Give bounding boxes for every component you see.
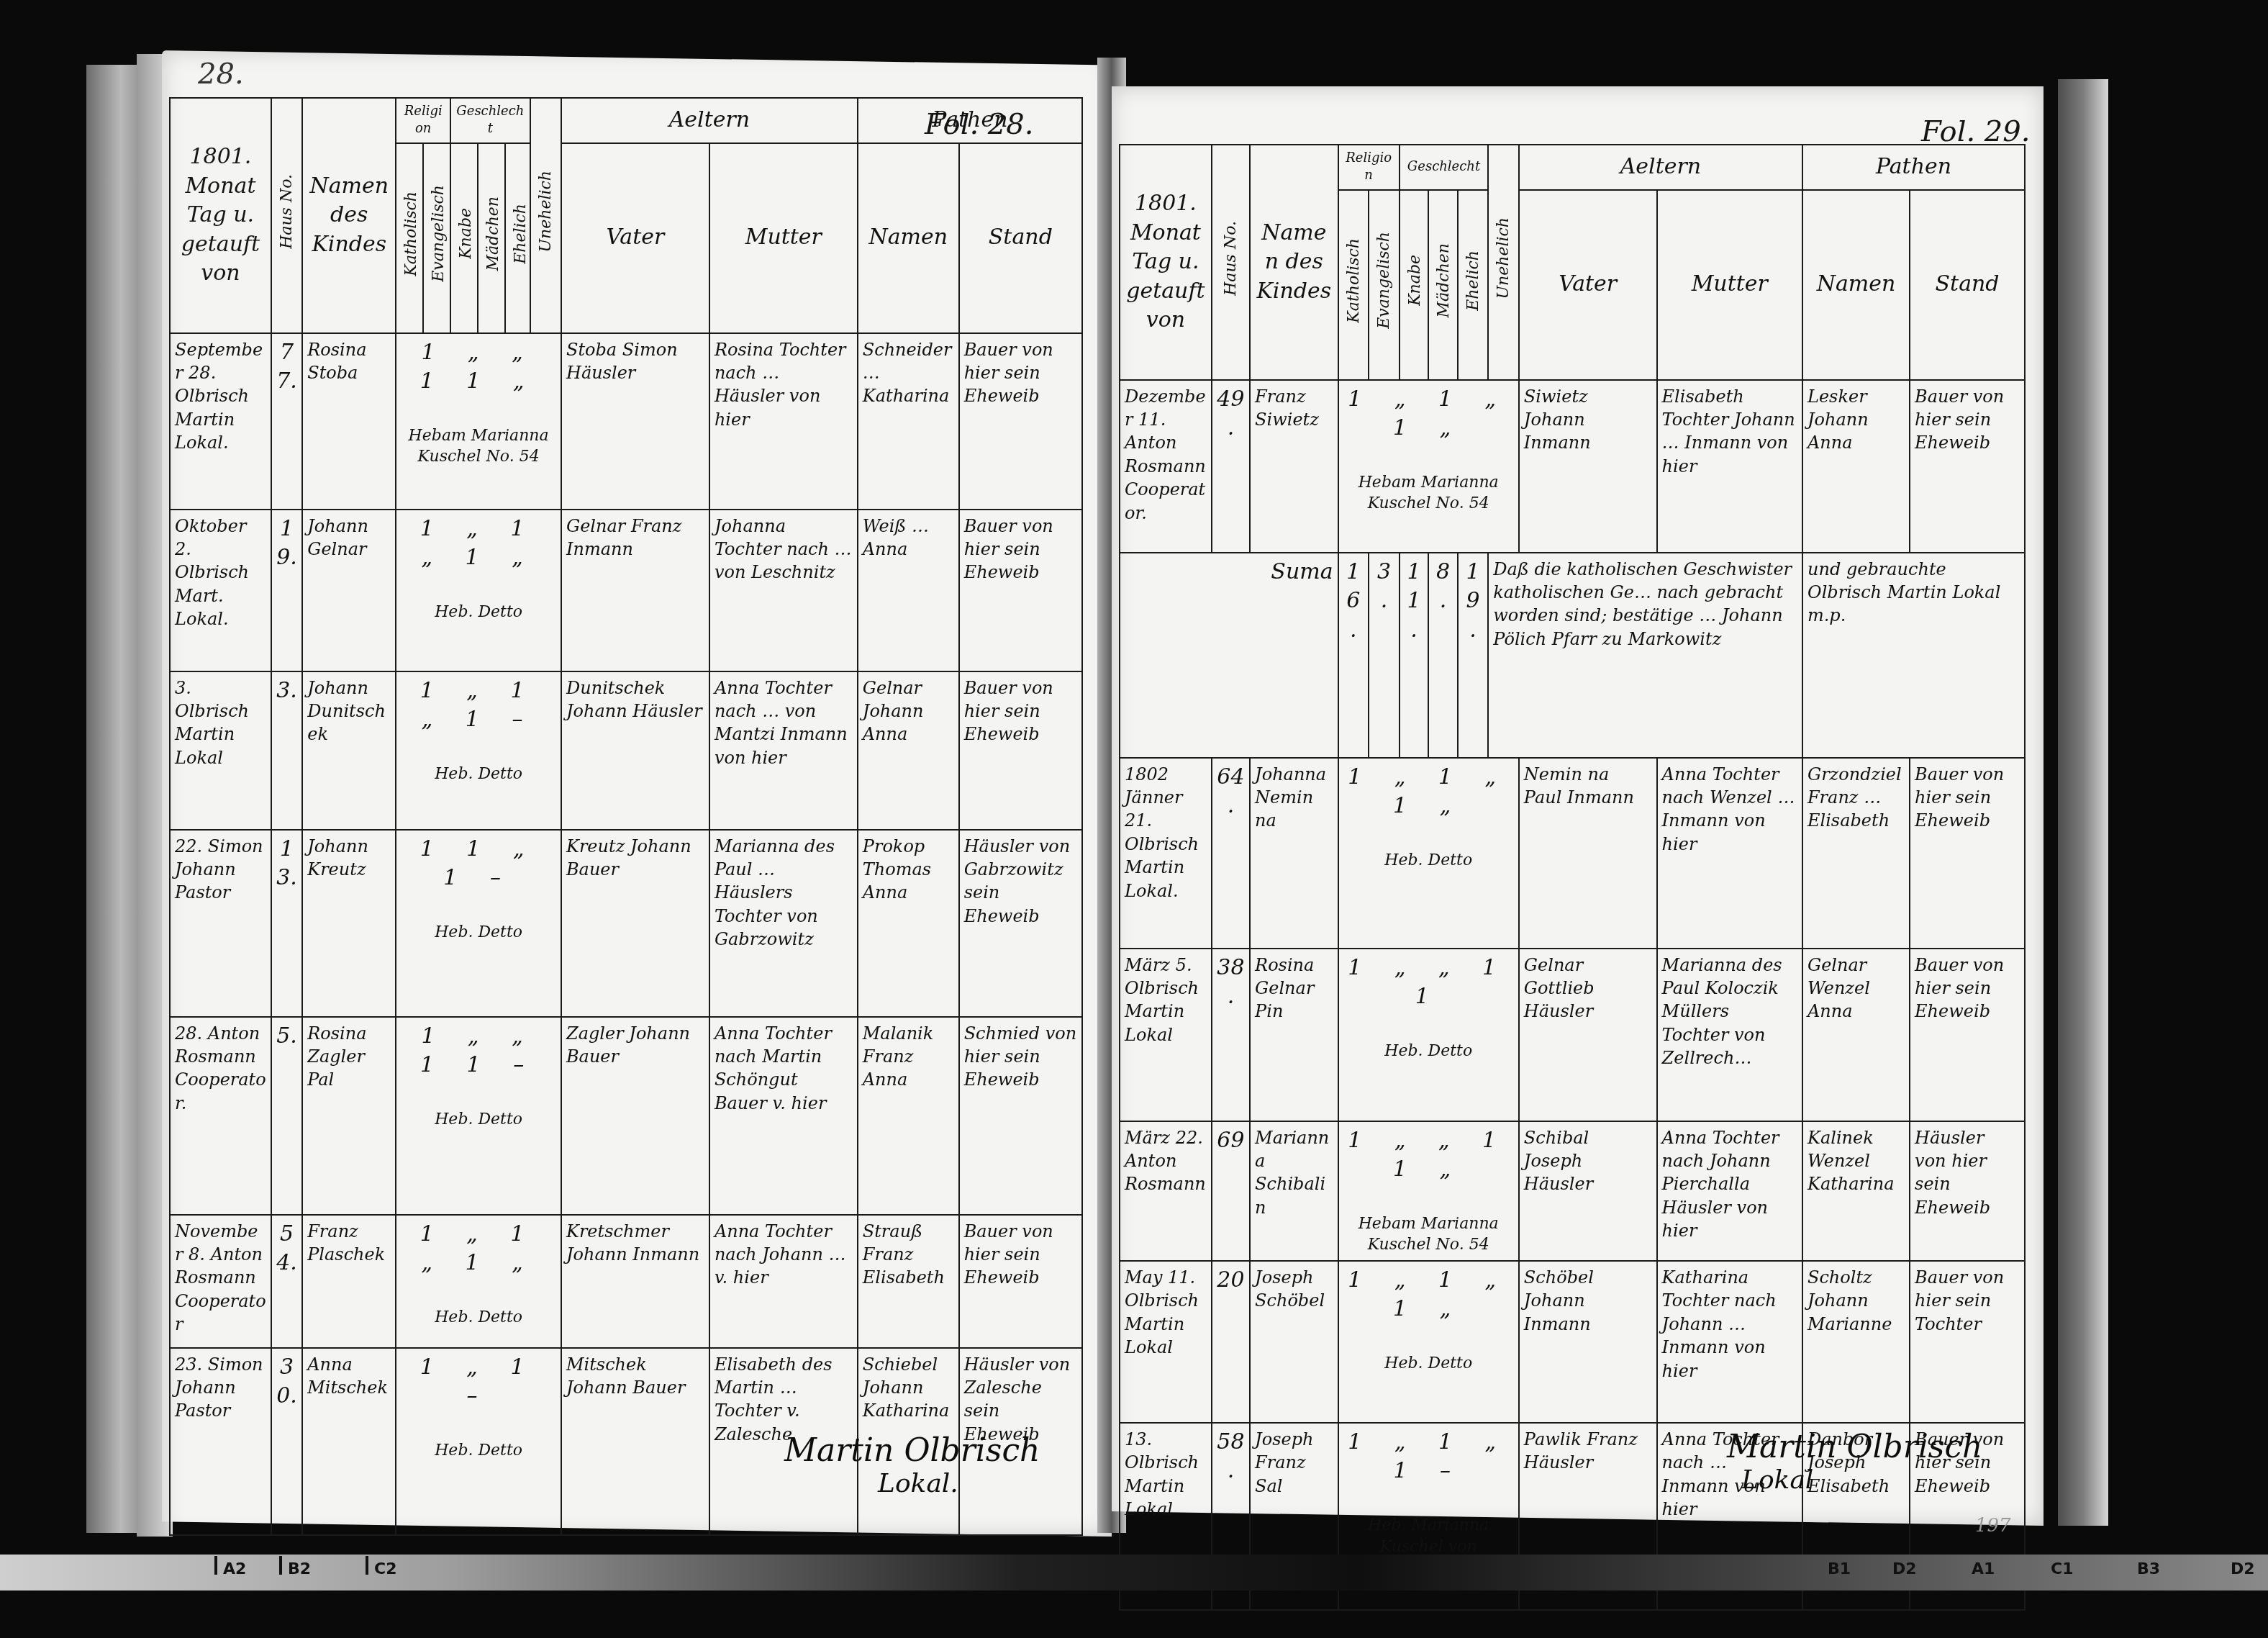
midwife-note: Hebam Marianna Kuschel No. 54 <box>1343 472 1514 515</box>
entry-house-number: 49. <box>1212 380 1250 553</box>
entry-gp-status: Bauer von hier sein Eheweib <box>959 333 1082 510</box>
entry-tally-marks: 1 „ „ 1 1Heb. Detto <box>1338 949 1519 1121</box>
microfilm-scale-bar <box>0 1555 2268 1591</box>
col-mother-header: Mutter <box>1657 190 1802 380</box>
summary-label: Suma <box>1120 553 1338 758</box>
entry-gp-status: Häusler von Gabrzowitz sein Eheweib <box>959 830 1082 1017</box>
entry-tally-marks: 1 „ 1 „ 1 –Heb. Detto <box>396 671 561 830</box>
entry-gp-name: Schneider … Katharina <box>858 333 959 510</box>
entry-date: 22. Simon Johann Pastor <box>170 830 271 1017</box>
entry-father: Mitschek Johann Bauer <box>561 1348 709 1535</box>
tally-values: 1 „ 1 „ 1 „ <box>1343 1266 1514 1324</box>
midwife-note: Heb. Detto <box>1343 1041 1514 1062</box>
entry-date: Oktober 2. Olbrisch Mart. Lokal. <box>170 510 271 671</box>
entry-mother: Anna Tochter nach Johann Pierchalla Häus… <box>1657 1121 1802 1261</box>
entry-child-name: Johann Dunitschek <box>302 671 396 830</box>
entry-house-number: 64. <box>1212 758 1250 949</box>
scale-label: A2 <box>223 1560 246 1578</box>
col-sex-header: Geschlecht <box>1400 145 1489 190</box>
midwife-note: Heb. Detto <box>401 1109 556 1131</box>
entry-gp-name: Gelnar Wenzel Anna <box>1802 949 1910 1121</box>
entry-child-name: Johann Gelnar <box>302 510 396 671</box>
col-godparents-header: Pathen <box>858 98 1082 143</box>
col-catholic-header: Katholisch <box>1338 190 1369 380</box>
col-parents-header: Aeltern <box>1519 145 1802 190</box>
col-other-religion-header: Evangelisch <box>1369 190 1400 380</box>
col-gp-status-header: Stand <box>1910 190 2025 380</box>
midwife-note: Heb. Detto <box>401 602 556 623</box>
entry-child-name: Joseph Schöbel <box>1250 1261 1338 1423</box>
midwife-note: Heb. Detto <box>401 922 556 944</box>
register-row: 1802 Jänner 21. Olbrisch Martin Lokal.64… <box>1120 758 2025 949</box>
scale-label: D2 <box>1892 1560 1917 1578</box>
entry-father: Gelnar Franz Inmann <box>561 510 709 671</box>
register-row: März 5. Olbrisch Martin Lokal38.Rosina G… <box>1120 949 2025 1121</box>
entry-gp-status: Bauer von hier sein Eheweib <box>959 510 1082 671</box>
scale-label: B1 <box>1828 1560 1851 1578</box>
entry-gp-status: Bauer von hier sein Eheweib <box>1910 949 2025 1121</box>
col-gp-name-header: Namen <box>1802 190 1910 380</box>
entry-gp-name: Strauß Franz Elisabeth <box>858 1215 959 1348</box>
col-other-religion-header: Evangelisch <box>423 143 450 333</box>
entry-date: 28. Anton Rosmann Cooperator. <box>170 1017 271 1215</box>
entry-tally-marks: 1 „ 1 „ 1 „Hebam Marianna Kuschel No. 54 <box>1338 380 1519 553</box>
entry-tally-marks: 1 „ 1 „ 1 „Heb. Detto <box>396 510 561 671</box>
entry-gp-status: Schmied von hier sein Eheweib <box>959 1017 1082 1215</box>
tally-values: 1 „ „ 1 1 „ <box>1343 1126 1514 1185</box>
tally-values: 1 „ „ 1 1 – <box>401 1022 556 1080</box>
scale-label: C1 <box>2051 1560 2073 1578</box>
entry-child-name: Rosina Gelnar Pin <box>1250 949 1338 1121</box>
entry-mother: Rosina Tochter nach … Häusler von hier <box>709 333 858 510</box>
entry-child-name: Franz Plaschek <box>302 1215 396 1348</box>
register-row: November 8. Anton Rosmann Cooperator54.F… <box>170 1215 1082 1348</box>
col-illegit-header: Unehelich <box>1488 145 1519 380</box>
tally-values: 1 1 „ 1 – <box>401 835 556 893</box>
corner-number: 197 <box>1975 1515 2011 1537</box>
entry-gp-status: Bauer von hier sein Eheweib <box>959 1215 1082 1348</box>
entry-gp-name: Grzondziel Franz … Elisabeth <box>1802 758 1910 949</box>
entry-tally-marks: 1 „ 1 –Heb. Detto <box>396 1348 561 1535</box>
entry-father: Dunitschek Johann Häusler <box>561 671 709 830</box>
tally-values: 1 „ 1 „ 1 – <box>401 677 556 735</box>
entry-child-name: Franz Siwietz <box>1250 380 1338 553</box>
summary-total: 8. <box>1428 553 1457 758</box>
col-illegit-header: Unehelich <box>530 98 561 333</box>
entry-house-number: 77. <box>271 333 302 510</box>
scale-tick <box>279 1556 282 1575</box>
scale-label: A1 <box>1972 1560 1995 1578</box>
entry-father: Schibal Joseph Häusler <box>1519 1121 1657 1261</box>
entry-child-name: Johanna Nemin na <box>1250 758 1338 949</box>
col-religion-header: Religion <box>1338 145 1400 190</box>
scale-tick <box>214 1556 217 1575</box>
register-row: 22. Simon Johann Pastor13.Johann Kreutz1… <box>170 830 1082 1017</box>
midwife-note: Hebam Marianna Kuschel No. 54 <box>1343 1213 1514 1256</box>
col-child-header: Namen des Kindes <box>1250 145 1338 380</box>
tally-values: 1 „ „ 1 1 <box>1343 954 1514 1012</box>
midwife-note: Hebam Marianna Kuschel No. 54 <box>401 425 556 468</box>
register-row: Dezember 11. Anton Rosmann Cooperator.49… <box>1120 380 2025 553</box>
entry-gp-status: Häusler von hier sein Eheweib <box>1910 1121 2025 1261</box>
entry-mother: Marianna des Paul Koloczik Müllers Tocht… <box>1657 949 1802 1121</box>
register-row: September 28. Olbrisch Martin Lokal.77.R… <box>170 333 1082 510</box>
midwife-note: Heb. Detto <box>401 1440 556 1462</box>
entry-date: September 28. Olbrisch Martin Lokal. <box>170 333 271 510</box>
entry-tally-marks: 1 „ „ 1 1 „Hebam Marianna Kuschel No. 54 <box>1338 1121 1519 1261</box>
summary-attestation: Daß die katholischen Geschwister katholi… <box>1488 553 1802 758</box>
entry-house-number: 54. <box>271 1215 302 1348</box>
entry-father: Zagler Johann Bauer <box>561 1017 709 1215</box>
col-religion-header: Religion <box>396 98 450 143</box>
entry-mother: Anna Tochter nach Martin Schöngut Bauer … <box>709 1017 858 1215</box>
page-number: 28. <box>198 58 244 91</box>
entry-gp-name: Kalinek Wenzel Katharina <box>1802 1121 1910 1261</box>
midwife-note: Heb. Detto <box>1343 1353 1514 1375</box>
col-legit-header: Ehelich <box>505 143 530 333</box>
col-father-header: Vater <box>561 143 709 333</box>
entry-mother: Elisabeth Tochter Johann … Inmann von hi… <box>1657 380 1802 553</box>
tally-values: 1 „ 1 „ 1 – <box>1343 1428 1514 1486</box>
entry-father: Siwietz Johann Inmann <box>1519 380 1657 553</box>
col-house-header: Haus No. <box>1212 145 1250 380</box>
entry-father: Kretschmer Johann Inmann <box>561 1215 709 1348</box>
entry-house-number: 19. <box>271 510 302 671</box>
entry-house-number: 3. <box>271 671 302 830</box>
midwife-note: Heb. Detto <box>401 764 556 785</box>
entry-child-name: Marianna Schibalin <box>1250 1121 1338 1261</box>
entry-date: März 22. Anton Rosmann <box>1120 1121 1212 1261</box>
entry-child-name: Rosina Stoba <box>302 333 396 510</box>
entry-child-name: Rosina Zagler Pal <box>302 1017 396 1215</box>
scale-tick <box>366 1556 368 1575</box>
col-legit-header: Ehelich <box>1458 190 1489 380</box>
register-row: Oktober 2. Olbrisch Mart. Lokal.19.Johan… <box>170 510 1082 671</box>
entry-gp-status: Bauer von hier sein Eheweib <box>1910 758 2025 949</box>
col-male-header: Knabe <box>450 143 478 333</box>
scale-label: C2 <box>374 1560 396 1578</box>
register-row: März 22. Anton Rosmann69Marianna Schibal… <box>1120 1121 2025 1261</box>
entry-tally-marks: 1 „ „ 1 1 –Heb. Detto <box>396 1017 561 1215</box>
summary-total: 3. <box>1369 553 1400 758</box>
entry-father: Stoba Simon Häusler <box>561 333 709 510</box>
entry-gp-status: Bauer von hier sein Eheweib <box>1910 380 2025 553</box>
entry-gp-name: Lesker Johann Anna <box>1802 380 1910 553</box>
midwife-note: Heb. Detto <box>1343 850 1514 872</box>
register-row: 28. Anton Rosmann Cooperator.5.Rosina Za… <box>170 1017 1082 1215</box>
entry-house-number: 69 <box>1212 1121 1250 1261</box>
col-date-header: 1801. Monat Tag u. getauft von <box>170 98 271 333</box>
entry-date: 1802 Jänner 21. Olbrisch Martin Lokal. <box>1120 758 1212 949</box>
entry-father: Kreutz Johann Bauer <box>561 830 709 1017</box>
summary-total: 16. <box>1338 553 1369 758</box>
entry-house-number: 30. <box>271 1348 302 1535</box>
col-catholic-header: Katholisch <box>396 143 423 333</box>
col-father-header: Vater <box>1519 190 1657 380</box>
entry-father: Schöbel Johann Inmann <box>1519 1261 1657 1423</box>
entry-gp-name: Prokop Thomas Anna <box>858 830 959 1017</box>
entry-house-number: 38. <box>1212 949 1250 1121</box>
register-table-left: 1801. Monat Tag u. getauft von Haus No. … <box>169 97 1083 1536</box>
signature-left: Martin Olbrisch Lokal. <box>784 1432 1040 1498</box>
col-godparents-header: Pathen <box>1802 145 2025 190</box>
entry-mother: Anna Tochter nach Wenzel … Inmann von hi… <box>1657 758 1802 949</box>
col-child-header: Namen des Kindes <box>302 98 396 333</box>
col-sex-header: Geschlecht <box>450 98 530 143</box>
entry-tally-marks: 1 „ 1 „ 1 „Heb. Detto <box>396 1215 561 1348</box>
entry-house-number: 13. <box>271 830 302 1017</box>
entry-tally-marks: 1 „ „ 1 1 „Hebam Marianna Kuschel No. 54 <box>396 333 561 510</box>
col-female-header: Mädchen <box>478 143 505 333</box>
entry-date: May 11. Olbrisch Martin Lokal <box>1120 1261 1212 1423</box>
tally-values: 1 „ 1 „ 1 „ <box>1343 385 1514 443</box>
col-parents-header: Aeltern <box>561 98 858 143</box>
midwife-note: Heb. Detto <box>401 1307 556 1329</box>
entry-mother: Anna Tochter nach Johann … v. hier <box>709 1215 858 1348</box>
entry-father: Nemin na Paul Inmann <box>1519 758 1657 949</box>
register-table-right: 1801. Monat Tag u. getauft von Haus No. … <box>1119 144 2026 1611</box>
register-row: May 11. Olbrisch Martin Lokal20Joseph Sc… <box>1120 1261 2025 1423</box>
entry-tally-marks: 1 1 „ 1 –Heb. Detto <box>396 830 561 1017</box>
entry-mother: Marianna des Paul … Häuslers Tochter von… <box>709 830 858 1017</box>
entry-child-name: Johann Kreutz <box>302 830 396 1017</box>
entry-date: März 5. Olbrisch Martin Lokal <box>1120 949 1212 1121</box>
entry-tally-marks: 1 „ 1 „ 1 „Heb. Detto <box>1338 758 1519 949</box>
scale-label: D2 <box>2231 1560 2255 1578</box>
register-row: Suma16.3.11.8.19.Daß die katholischen Ge… <box>1120 553 2025 758</box>
entry-date: 3. Olbrisch Martin Lokal <box>170 671 271 830</box>
entry-date: 23. Simon Johann Pastor <box>170 1348 271 1535</box>
summary-attestation-signature: und gebrauchte Olbrisch Martin Lokal m.p… <box>1802 553 2025 758</box>
entry-gp-status: Bauer von hier sein Eheweib <box>959 671 1082 830</box>
entry-gp-name: Malanik Franz Anna <box>858 1017 959 1215</box>
entry-gp-status: Bauer von hier sein Tochter <box>1910 1261 2025 1423</box>
col-female-header: Mädchen <box>1428 190 1457 380</box>
entry-mother: Katharina Tochter nach Johann … Inmann v… <box>1657 1261 1802 1423</box>
col-house-header: Haus No. <box>271 98 302 333</box>
scale-label: B2 <box>288 1560 311 1578</box>
entry-tally-marks: 1 „ 1 „ 1 „Heb. Detto <box>1338 1261 1519 1423</box>
entry-mother: Anna Tochter nach … von Mantzi Inmann vo… <box>709 671 858 830</box>
register-row: 3. Olbrisch Martin Lokal3.Johann Dunitsc… <box>170 671 1082 830</box>
col-date-header: 1801. Monat Tag u. getauft von <box>1120 145 1212 380</box>
signature-right: Martin Olbrisch Lokal <box>1727 1429 1982 1495</box>
col-mother-header: Mutter <box>709 143 858 333</box>
entry-gp-name: Weiß … Anna <box>858 510 959 671</box>
tally-values: 1 „ 1 „ 1 „ <box>401 515 556 573</box>
tally-values: 1 „ 1 – <box>401 1353 556 1411</box>
entry-gp-name: Gelnar Johann Anna <box>858 671 959 830</box>
summary-total: 11. <box>1400 553 1428 758</box>
tally-values: 1 „ 1 „ 1 „ <box>1343 763 1514 821</box>
page-stack-right <box>2058 79 2108 1526</box>
entry-date: Dezember 11. Anton Rosmann Cooperator. <box>1120 380 1212 553</box>
entry-date: November 8. Anton Rosmann Cooperator <box>170 1215 271 1348</box>
entry-mother: Johanna Tochter nach … von Leschnitz <box>709 510 858 671</box>
summary-total: 19. <box>1458 553 1489 758</box>
tally-values: 1 „ 1 „ 1 „ <box>401 1220 556 1278</box>
entry-child-name: Anna Mitschek <box>302 1348 396 1535</box>
tally-values: 1 „ „ 1 1 „ <box>401 338 556 397</box>
col-gp-status-header: Stand <box>959 143 1082 333</box>
scale-label: B3 <box>2137 1560 2160 1578</box>
entry-gp-name: Scholtz Johann Marianne <box>1802 1261 1910 1423</box>
entry-father: Gelnar Gottlieb Häusler <box>1519 949 1657 1121</box>
col-gp-name-header: Namen <box>858 143 959 333</box>
col-male-header: Knabe <box>1400 190 1428 380</box>
entry-house-number: 20 <box>1212 1261 1250 1423</box>
entry-house-number: 5. <box>271 1017 302 1215</box>
